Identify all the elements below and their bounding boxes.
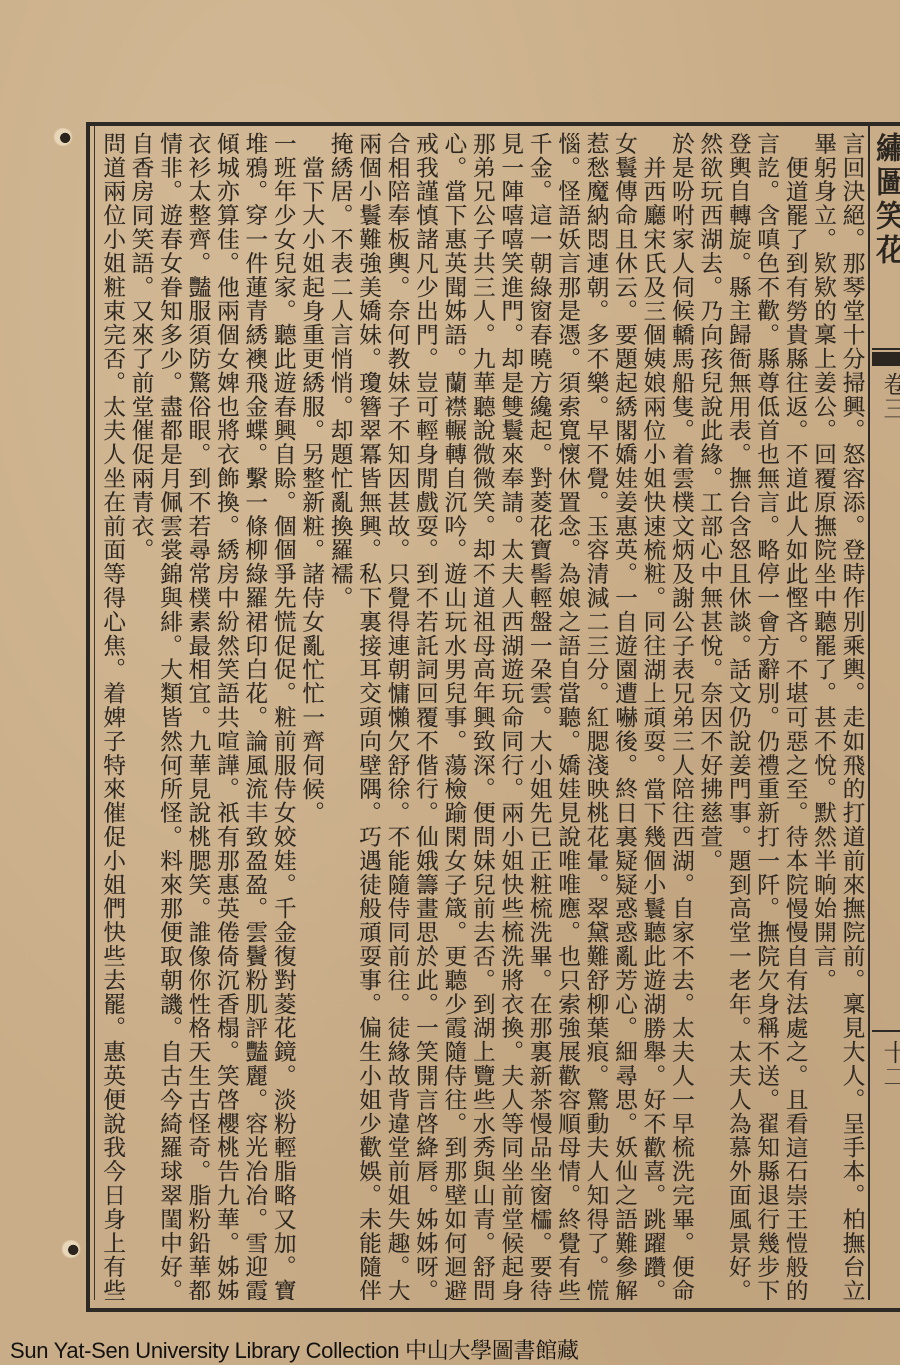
text-column: 衣衫太整齊。豔服須防驚俗眼。到不若尋常樸素最相宜。九華見說桃腮笑。誰像你性格天生… <box>184 132 212 1300</box>
text-column: 堆鴉。穿一件蓮青綉襖飛金蝶。繫一條柳綠羅裙印白花。論風流丰致盈盈。雲鬢粉肌評豔麗… <box>240 132 268 1300</box>
text-column: 情非。遊春女眷知多少。盡都是月佩雲裳錦與緋。大類皆然何所怪。料來那便取朝譏。自古… <box>155 132 183 1300</box>
vertical-text-body: 言回決絕。那琴堂十分掃興。怒容添。登時作別乘輿。走如飛的打道前來撫院前。稟見大人… <box>98 132 866 1300</box>
text-column: 便道罷了到有勞貴縣往返。不道此人如此慳吝。不堪可惡之至。待本院慢慢自有法處之。且… <box>781 132 809 1300</box>
text-column: 戒我謹慎諸凡少出門。豈可輕身閒戲耍。到不若託詞回覆不偕行。仙娥籌畫思於此。一笑開… <box>411 132 439 1300</box>
text-column: 并西廳宋氏及三個姨娘兩位小姐快速梳粧。同往湖上頑耍。當下幾個小鬟聽此遊湖勝舉。好… <box>639 132 667 1300</box>
volume-label: 卷三 <box>876 372 900 420</box>
center-fold-margin-line <box>868 126 870 1300</box>
text-column: 合相陪奉板輿。奈何教妹子不知因甚故。只覺得連朝慵懶欠舒徐。不能隨侍同前往。徒緣故… <box>383 132 411 1300</box>
margin-rule <box>872 348 900 350</box>
text-column: 言回決絕。那琴堂十分掃興。怒容添。登時作別乘輿。走如飛的打道前來撫院前。稟見大人… <box>838 132 866 1300</box>
text-column: 然欲玩西湖去。乃向孩兒說此緣。工部心中無甚悅。奈因不好拂慈萱。 <box>695 132 723 1300</box>
text-column: 問道兩位小姐粧束完否。太夫人坐在前面等得心焦。着婢子特來催促小姐們快些去罷。惠英… <box>98 132 126 1300</box>
library-collection-caption: Sun Yat-Sen University Library Collectio… <box>10 1334 579 1365</box>
text-column: 心。當下惠英聞姊語。蘭襟輾轉自沉吟。遊山玩水男兒事。蕩檢踰閑女子箴。更聽少霞隨侍… <box>439 132 467 1300</box>
text-column: 千金。這一朝綠窗春曉方纔起。對菱花寶髻輕盤一朶雲。大小姐先已正粧梳洗畢。在那裏新… <box>525 132 553 1300</box>
margin-rule <box>872 1030 900 1032</box>
text-column: 惹愁魔納悶連朝。多不樂。早不覺。玉容清減二三分。紅腮淺映桃花暈。翠黛難舒柳葉痕。… <box>582 132 610 1300</box>
text-column: 傾城亦算佳。他兩個女婢也將衣飾換。綉房中紛然笑語共喧譁。祇有那惠英倦倚沉香榻。笑… <box>212 132 240 1300</box>
book-title-margin: 繡圖笑花 <box>872 132 900 268</box>
text-column: 兩個小鬟難強美嬌妹。瓊簪翠冪皆無興。私下裏接耳交頭向壁隅。巧遇徒般頑耍事。偏生小… <box>354 132 382 1300</box>
text-column: 女鬟傳命且休云。要題起綉閣嬌娃姜惠英。一自遊園遭嚇後。終日裏疑疑惑惑亂芳心。細尋… <box>610 132 638 1300</box>
text-column: 見一陣嘻嘻笑進門。却是雙鬟來奉請。太夫人西湖遊玩命同行。兩小姐快些梳洗將衣換。夫… <box>496 132 524 1300</box>
text-column: 惱。怪語妖言那是憑。須索寬懷休置念。為娘之語自當聽。嬌娃見說唯唯應。也只索強展歡… <box>553 132 581 1300</box>
binding-hole-mark <box>52 128 74 146</box>
inner-border-line <box>94 126 95 1300</box>
text-column: 一班年少女兒家。聽此遊春興自賒。個個爭先慌促促。粧前服侍女姣娃。千金復對菱花鏡。… <box>269 132 297 1300</box>
text-column: 當下大小姐起身重更綉服。另整新粧。諸侍女亂忙忙一齊伺候。 <box>297 132 325 1300</box>
text-column: 那弟兄公子共三人。九華聽說微微笑。却不道祖母高年興致深。便問妹兒前去否。到湖上覽… <box>468 132 496 1300</box>
text-column: 畢躬身立。欵欵的稟上姜公。回覆原撫院坐中聽罷了。甚不悅。默然半晌始開言。 <box>809 132 837 1300</box>
text-column: 登輿自轉旋。縣主歸衙無用表。撫台含怒且休談。話文仍說姜門事。題到高堂一老年。太夫… <box>724 132 752 1300</box>
text-column: 於是吩咐家人伺候轎馬船隻。着雲樸文炳及謝公子表兄弟三人陪往西湖。自家不去。太夫人… <box>667 132 695 1300</box>
fishtail-mark <box>872 352 900 366</box>
scanned-book-page: 繡圖笑花 卷三 十二 言回決絕。那琴堂十分掃興。怒容添。登時作別乘輿。走如飛的打… <box>0 0 900 1365</box>
page-number: 十二 <box>876 1040 900 1088</box>
text-column: 掩綉居。不表二人言悄悄。却題忙亂換羅襦。 <box>326 132 354 1300</box>
text-column: 言訖。含嗔色不歡。縣尊低首也無言。略停一會方辭別。仍禮重新打一阡。撫院欠身稱不送… <box>752 132 780 1300</box>
binding-hole-mark <box>60 1240 82 1258</box>
text-column: 自香房同笑語。又來了前堂催促兩青衣。 <box>127 132 155 1300</box>
